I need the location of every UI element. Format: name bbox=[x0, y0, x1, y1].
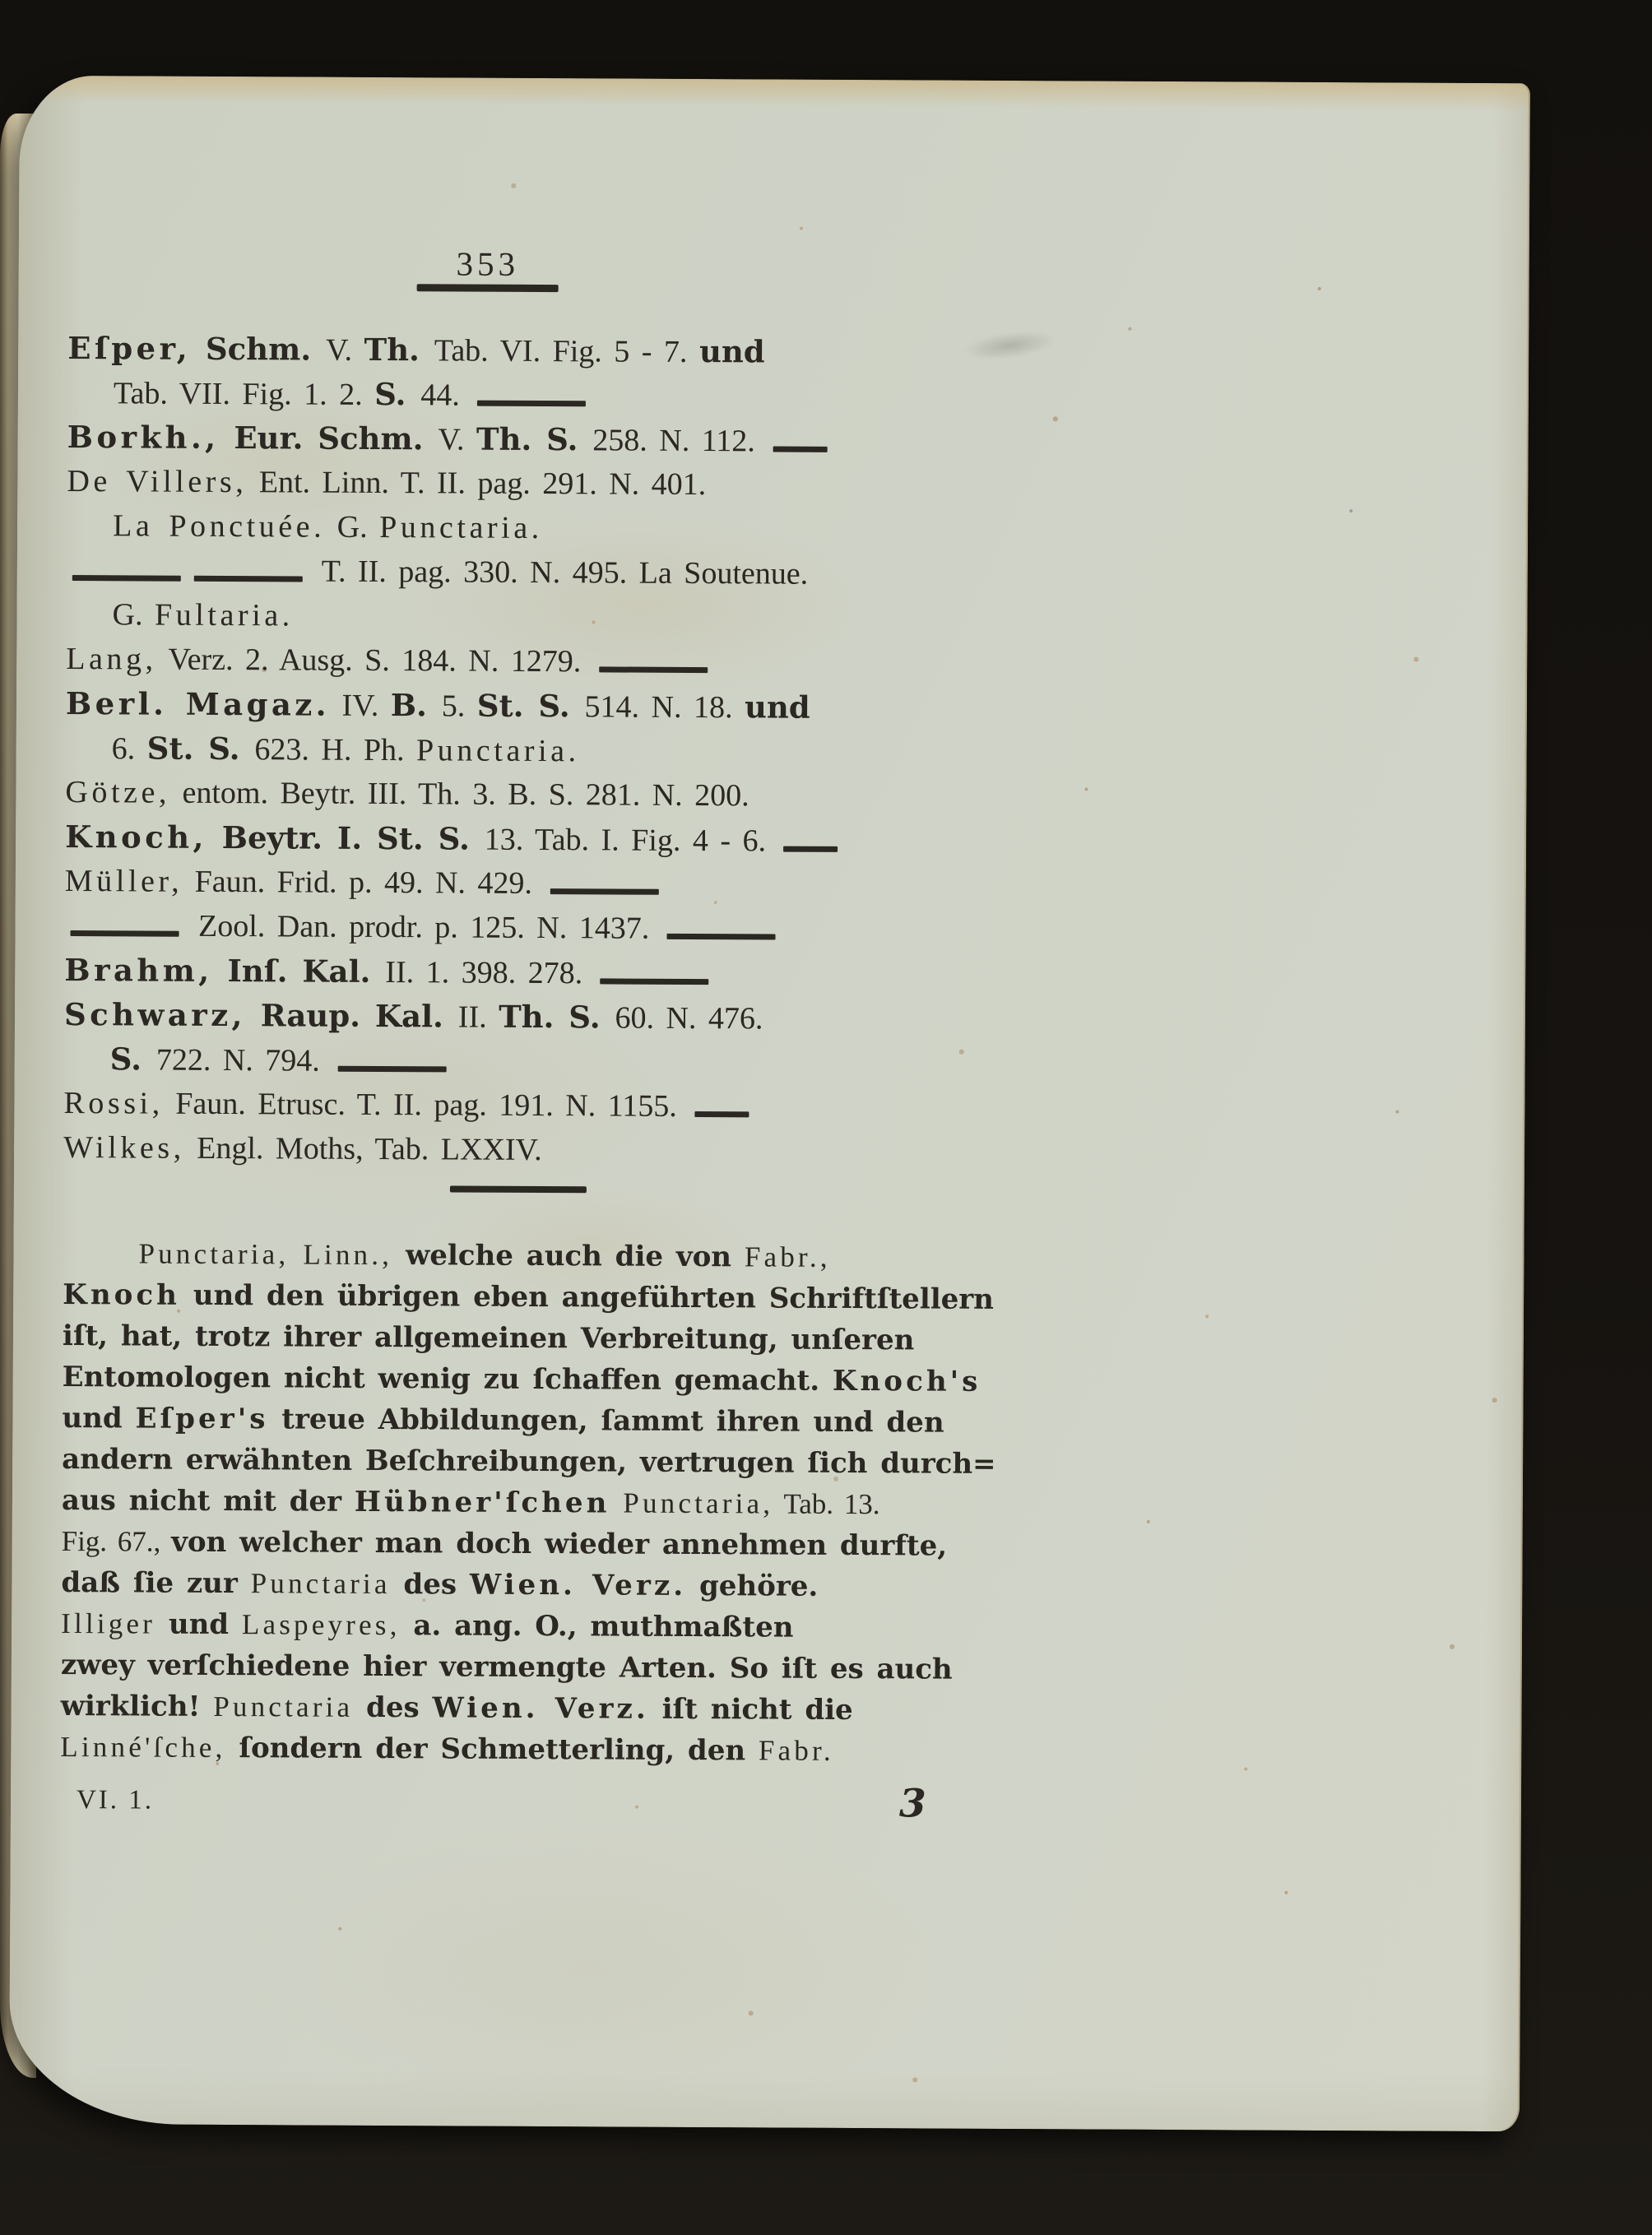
text-segment: Knoch, bbox=[65, 818, 207, 856]
text-segment: Eſper's bbox=[135, 1402, 268, 1435]
text-line: Götze, entom. Beytr. III. Th. 3. B. S. 2… bbox=[65, 770, 904, 818]
text-line: Tab. VII. Fig. 1. 2. S. 44. bbox=[67, 370, 907, 419]
text-segment: a. ang. O., muthmaßten bbox=[400, 1609, 793, 1644]
text-segment: Borkh., bbox=[67, 419, 220, 456]
text-segment: V. bbox=[438, 422, 476, 457]
text-segment: V. bbox=[326, 333, 364, 368]
book-page: 353 Eſper, Schm. V. Th. Tab. VI. Fig. 5 … bbox=[9, 76, 1530, 2132]
text-segment: und bbox=[699, 333, 765, 369]
text-line: iſt, hat, trotz ihrer allgemeinen Verbre… bbox=[63, 1315, 902, 1361]
text-segment: Brahm, bbox=[64, 952, 213, 989]
scan-background: 353 Eſper, Schm. V. Th. Tab. VI. Fig. 5 … bbox=[0, 0, 1652, 2235]
dash-mark bbox=[71, 930, 179, 937]
text-line: La Ponctuée. G. Punctaria. bbox=[67, 503, 906, 552]
text-segment: Rossi, bbox=[63, 1086, 164, 1121]
dash-mark bbox=[337, 1066, 446, 1073]
text-line: aus nicht mit der Hübner'ſchen Punctaria… bbox=[62, 1480, 901, 1525]
text-line: Fig. 67., von welcher man doch wieder an… bbox=[62, 1521, 901, 1566]
text-line: Borkh., Eur. Schm. V. Th. S. 258. N. 112… bbox=[67, 415, 907, 463]
text-segment: St. S. bbox=[147, 730, 255, 767]
text-line: S. 722. N. 794. bbox=[64, 1036, 903, 1085]
text-segment: andern erwähnten Beſchreibungen, vertrug… bbox=[62, 1443, 996, 1481]
text-segment: Lang, bbox=[66, 642, 157, 677]
dash-mark bbox=[601, 978, 709, 985]
page-number: 353 bbox=[68, 243, 907, 284]
text-segment: und bbox=[62, 1402, 135, 1435]
text-line: Rossi, Faun. Etrusc. T. II. pag. 191. N.… bbox=[63, 1081, 903, 1129]
text-line: zwey verſchiedene hier vermengte Arten. … bbox=[61, 1644, 900, 1690]
text-segment: Berl. Magaz. bbox=[66, 685, 330, 723]
text-segment: La Ponctuée. bbox=[113, 508, 325, 544]
text-segment: Götze, bbox=[65, 775, 170, 810]
text-segment: Verz. 2. Ausg. S. 184. N. 1279. bbox=[157, 642, 593, 679]
footer-volume-label: VI. 1. bbox=[77, 1785, 154, 1815]
signature-mark: 3 bbox=[899, 1781, 926, 1826]
text-segment: 258. N. 112. bbox=[592, 423, 767, 458]
text-segment: S. bbox=[374, 376, 420, 412]
text-segment: Punctaria. bbox=[379, 510, 543, 545]
text-segment: 6. bbox=[112, 731, 147, 766]
text-line: Knoch, Beytr. I. St. S. 13. Tab. I. Fig.… bbox=[65, 814, 904, 863]
text-segment: und bbox=[745, 689, 810, 725]
text-segment: Wien. Verz. bbox=[470, 1569, 687, 1602]
page-number-underline bbox=[417, 284, 559, 292]
text-block: 353 Eſper, Schm. V. Th. Tab. VI. Fig. 5 … bbox=[60, 243, 907, 1772]
text-line: Knoch und den übrigen eben angeführten S… bbox=[63, 1274, 902, 1319]
text-segment: Fabr. bbox=[759, 1734, 834, 1766]
text-line: Entomologen nicht wenig zu ſchaffen gema… bbox=[63, 1356, 902, 1402]
text-line: Punctaria, Linn., welche auch die von Fa… bbox=[63, 1233, 902, 1278]
text-segment: Th. S. bbox=[476, 421, 593, 458]
text-segment: T. II. pag. 330. N. 495. La Soutenue. bbox=[310, 554, 809, 591]
text-segment: Th. S. bbox=[499, 999, 615, 1036]
text-segment: Th. bbox=[364, 332, 434, 368]
text-segment: Schm. bbox=[191, 331, 326, 368]
text-segment: 44. bbox=[420, 378, 471, 412]
text-segment: Inſ. Kal. bbox=[213, 953, 386, 990]
text-segment: Knoch's bbox=[833, 1365, 981, 1398]
text-segment: iſt nicht die bbox=[649, 1693, 853, 1727]
text-segment: Tab. VII. Fig. 1. 2. bbox=[114, 376, 374, 412]
text-segment: G. bbox=[325, 510, 379, 545]
text-line: G. Fultaria. bbox=[66, 592, 905, 641]
text-line: Lang, Verz. 2. Ausg. S. 184. N. 1279. bbox=[66, 637, 905, 685]
text-segment: 514. N. 18. bbox=[584, 689, 745, 725]
bibliography-list: Eſper, Schm. V. Th. Tab. VI. Fig. 5 - 7.… bbox=[63, 326, 907, 1174]
text-segment: Beytr. I. St. S. bbox=[207, 819, 485, 857]
text-segment: Tab. 13. bbox=[773, 1488, 880, 1521]
text-segment: Tab. VI. Fig. 5 - 7. bbox=[434, 333, 699, 369]
text-segment: Fabr., bbox=[745, 1240, 831, 1273]
text-segment: aus nicht mit der bbox=[62, 1484, 355, 1519]
dash-mark bbox=[477, 400, 586, 406]
text-segment: treue Abbildungen, ſammt ihren und den bbox=[268, 1403, 944, 1439]
text-segment: Ent. Linn. T. II. pag. 291. N. 401. bbox=[247, 465, 706, 502]
text-segment bbox=[610, 1486, 623, 1519]
text-segment: 13. Tab. I. Fig. 4 - 6. bbox=[485, 823, 778, 859]
text-line: T. II. pag. 330. N. 495. La Soutenue. bbox=[67, 548, 906, 596]
text-segment: entom. Beytr. III. Th. 3. B. S. 281. N. … bbox=[170, 776, 749, 814]
dash-mark bbox=[194, 576, 303, 582]
body-paragraph: Punctaria, Linn., welche auch die von Fa… bbox=[60, 1233, 902, 1772]
text-segment: II. bbox=[458, 999, 499, 1034]
text-line: 6. St. S. 623. H. Ph. Punctaria. bbox=[66, 726, 905, 774]
dash-mark bbox=[694, 1111, 749, 1117]
text-line: andern erwähnten Beſchreibungen, vertrug… bbox=[62, 1439, 901, 1484]
text-segment: St. S. bbox=[477, 688, 585, 725]
text-line: De Villers, Ent. Linn. T. II. pag. 291. … bbox=[67, 459, 906, 508]
text-segment: Entomologen nicht wenig zu ſchaffen gema… bbox=[63, 1361, 833, 1398]
text-segment: iſt, hat, trotz ihrer allgemeinen Verbre… bbox=[63, 1319, 915, 1356]
dash-mark bbox=[72, 575, 181, 582]
text-line: Wilkes, Engl. Moths, Tab. LXXIV. bbox=[63, 1125, 903, 1174]
text-segment: De Villers, bbox=[67, 464, 247, 499]
text-line: Zool. Dan. prodr. p. 125. N. 1437. bbox=[64, 903, 903, 952]
text-segment: 60. N. 476. bbox=[615, 1000, 763, 1036]
pencil-smudge bbox=[942, 318, 1077, 372]
text-segment: Punctaria, bbox=[623, 1487, 773, 1520]
text-segment: Faun. Etrusc. T. II. pag. 191. N. 1155. bbox=[164, 1087, 689, 1124]
page-header: 353 bbox=[68, 243, 907, 294]
text-segment: Eur. Schm. bbox=[219, 420, 438, 457]
text-line: Linné'ſche, ſondern der Schmetterling, d… bbox=[60, 1727, 899, 1772]
text-segment: Fultaria. bbox=[155, 598, 294, 633]
text-segment: daß ſie zur bbox=[61, 1566, 250, 1600]
text-segment: und den übrigen eben angeführten Schrift… bbox=[180, 1279, 994, 1316]
text-segment: des bbox=[391, 1568, 470, 1602]
text-segment: Punctaria, Linn., bbox=[138, 1237, 392, 1271]
text-segment: Knoch bbox=[63, 1278, 180, 1312]
text-line: wirklich! Punctaria des Wien. Verz. iſt … bbox=[60, 1686, 899, 1731]
text-segment: S. bbox=[110, 1041, 156, 1077]
text-segment: von welcher man doch wieder annehmen dur… bbox=[171, 1526, 947, 1563]
text-segment: Punctaria. bbox=[416, 733, 580, 768]
dash-mark bbox=[550, 888, 658, 895]
text-line: Eſper, Schm. V. Th. Tab. VI. Fig. 5 - 7.… bbox=[67, 326, 907, 374]
text-segment: Schwarz, bbox=[64, 996, 246, 1033]
text-segment: Eſper, bbox=[67, 330, 191, 367]
text-segment: 722. N. 794. bbox=[156, 1043, 332, 1078]
dash-mark bbox=[783, 846, 838, 851]
text-segment: Hübner'ſchen bbox=[355, 1486, 610, 1520]
text-line: Müller, Faun. Frid. p. 49. N. 429. bbox=[65, 859, 904, 907]
text-segment: Laspeyres, bbox=[242, 1608, 401, 1641]
dash-mark bbox=[599, 666, 708, 673]
text-segment: Raup. Kal. bbox=[246, 997, 458, 1034]
text-line: daß ſie zur Punctaria des Wien. Verz. ge… bbox=[61, 1562, 900, 1607]
text-segment: Faun. Frid. p. 49. N. 429. bbox=[183, 865, 545, 901]
text-segment: zwey verſchiedene hier vermengte Arten. … bbox=[61, 1648, 953, 1686]
text-segment: wirklich! bbox=[61, 1690, 214, 1723]
text-segment: Wien. Verz. bbox=[432, 1691, 649, 1725]
text-segment: des bbox=[353, 1691, 432, 1725]
text-segment: 5. bbox=[442, 689, 477, 723]
text-segment: G. bbox=[112, 597, 155, 632]
text-segment: gehöre. bbox=[686, 1570, 818, 1603]
text-line: Berl. Magaz. IV. B. 5. St. S. 514. N. 18… bbox=[66, 681, 905, 730]
text-line: Schwarz, Raup. Kal. II. Th. S. 60. N. 47… bbox=[64, 992, 903, 1041]
text-segment: Zool. Dan. prodr. p. 125. N. 1437. bbox=[186, 909, 661, 946]
text-segment: welche auch die von bbox=[392, 1239, 745, 1273]
text-segment: und bbox=[155, 1608, 242, 1642]
dash-mark bbox=[773, 446, 827, 452]
text-segment: Müller, bbox=[65, 864, 183, 899]
text-segment: Engl. Moths, Tab. LXXIV. bbox=[185, 1131, 542, 1167]
text-segment: IV. bbox=[330, 689, 391, 723]
text-segment: Punctaria bbox=[251, 1567, 391, 1600]
text-segment: B. bbox=[391, 687, 442, 723]
text-line: Illiger und Laspeyres, a. ang. O., muthm… bbox=[61, 1603, 900, 1648]
text-segment: Linné'ſche, bbox=[60, 1731, 225, 1764]
text-line: und Eſper's treue Abbildungen, ſammt ihr… bbox=[62, 1398, 901, 1443]
section-divider bbox=[450, 1185, 587, 1193]
text-line: Brahm, Inſ. Kal. II. 1. 398. 278. bbox=[64, 948, 903, 996]
text-segment: II. 1. 398. 278. bbox=[385, 955, 595, 990]
text-segment: Fig. 67., bbox=[62, 1525, 172, 1558]
text-segment: Wilkes, bbox=[63, 1130, 185, 1166]
dash-mark bbox=[667, 934, 776, 940]
text-segment: Punctaria bbox=[213, 1690, 353, 1723]
text-segment: 623. H. Ph. bbox=[254, 732, 416, 767]
text-segment: ſondern der Schmetterling, den bbox=[225, 1732, 759, 1767]
paper-foxing-specks bbox=[20, 76, 21, 77]
text-segment: Illiger bbox=[61, 1607, 155, 1640]
